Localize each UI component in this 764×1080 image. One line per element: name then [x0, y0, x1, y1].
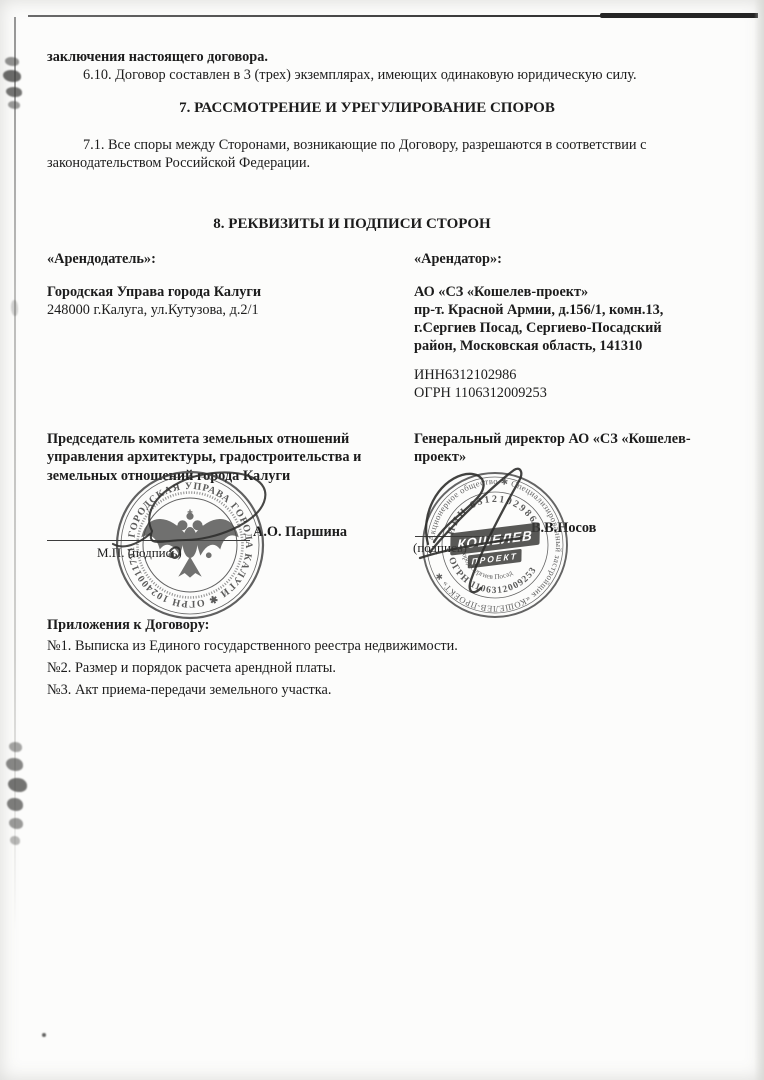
scan-smudge — [6, 758, 23, 771]
landlord-signature-line — [47, 540, 250, 541]
clause-6-10: 6.10. Договор составлен в 3 (трех) экзем… — [47, 66, 707, 84]
scan-smudge — [9, 818, 23, 829]
scan-smudge — [11, 300, 18, 316]
tenant-address-line3: район, Московская область, 141310 — [414, 337, 642, 355]
svg-text:ОГРН 1106312009253: ОГРН 1106312009253 — [446, 556, 539, 596]
scan-smudge — [10, 836, 20, 845]
landlord-address: 248000 г.Калуга, ул.Кутузова, д.2/1 — [47, 301, 259, 319]
tenant-label: «Арендатор»: — [414, 250, 502, 268]
koshelev-stamp-inn-text: ИНН 6312102986 — [445, 494, 539, 537]
koshelev-logo-top-text: КОШЕЛЕВ — [457, 528, 533, 552]
scan-smudge — [3, 70, 21, 82]
koshelev-stamp-ogrn-text: ОГРН 1106312009253 — [446, 556, 539, 596]
scan-artifact-left-line — [14, 17, 16, 932]
scan-smudge — [5, 57, 19, 66]
tenant-sign-note: (подпись) — [413, 539, 467, 557]
scanned-contract-page: заключения настоящего договора. 6.10. До… — [0, 0, 764, 1080]
scan-smudge — [9, 742, 22, 752]
section-7-heading: 7. РАССМОТРЕНИЕ И УРЕГУЛИРОВАНИЕ СПОРОВ — [47, 100, 687, 117]
landlord-signer-title: Председатель комитета земельных отношени… — [47, 430, 377, 485]
landlord-signer-name: А.О. Паршина — [253, 523, 347, 541]
scan-artifact-top-line-thick — [600, 13, 758, 18]
section-8-heading: 8. РЕКВИЗИТЫ И ПОДПИСИ СТОРОН — [47, 216, 657, 233]
landlord-name: Городская Управа города Калуги — [47, 283, 261, 301]
tenant-inn: ИНН6312102986 — [414, 366, 516, 384]
tenant-handwritten-signature — [420, 469, 521, 592]
clause-7-1: 7.1. Все споры между Сторонами, возникаю… — [47, 136, 699, 173]
svg-text:ИНН 6312102986: ИНН 6312102986 — [445, 494, 539, 537]
landlord-seal-note: М.П. (подпись) — [97, 544, 182, 562]
tenant-name: АО «СЗ «Кошелев-проект» — [414, 283, 588, 301]
scan-smudge — [6, 87, 22, 97]
koshelev-logo-bottom-text: ПРОЕКТ — [472, 551, 518, 567]
tenant-signer-title: Генеральный директор АО «СЗ «Кошелев-про… — [414, 430, 714, 467]
tenant-address-line1: пр-т. Красной Армии, д.156/1, комн.13, — [414, 301, 663, 319]
svg-text:город Сергиев Посад: город Сергиев Посад — [460, 550, 515, 581]
scan-smudge — [7, 798, 23, 811]
attachment-item-1: №1. Выписка из Единого государственного … — [47, 637, 458, 655]
tenant-signer-name: В.В.Носов — [531, 519, 596, 537]
scan-smudge — [8, 101, 20, 109]
tenant-address-line2: г.Сергиев Посад, Сергиево-Посадский — [414, 319, 662, 337]
attachments-heading: Приложения к Договору: — [47, 616, 209, 634]
scan-smudge — [42, 1033, 46, 1037]
koshelev-stamp-city-text: город Сергиев Посад — [460, 550, 515, 581]
scan-smudge — [8, 778, 27, 792]
tenant-ogrn: ОГРН 1106312009253 — [414, 384, 547, 402]
attachment-item-2: №2. Размер и порядок расчета арендной пл… — [47, 659, 336, 677]
scan-artifact-right-band — [754, 0, 764, 1080]
attachment-item-3: №3. Акт приема-передачи земельного участ… — [47, 681, 331, 699]
clause-6-intro-line: заключения настоящего договора. — [47, 48, 268, 66]
landlord-label: «Арендодатель»: — [47, 250, 156, 268]
tenant-signature-line — [415, 536, 528, 537]
